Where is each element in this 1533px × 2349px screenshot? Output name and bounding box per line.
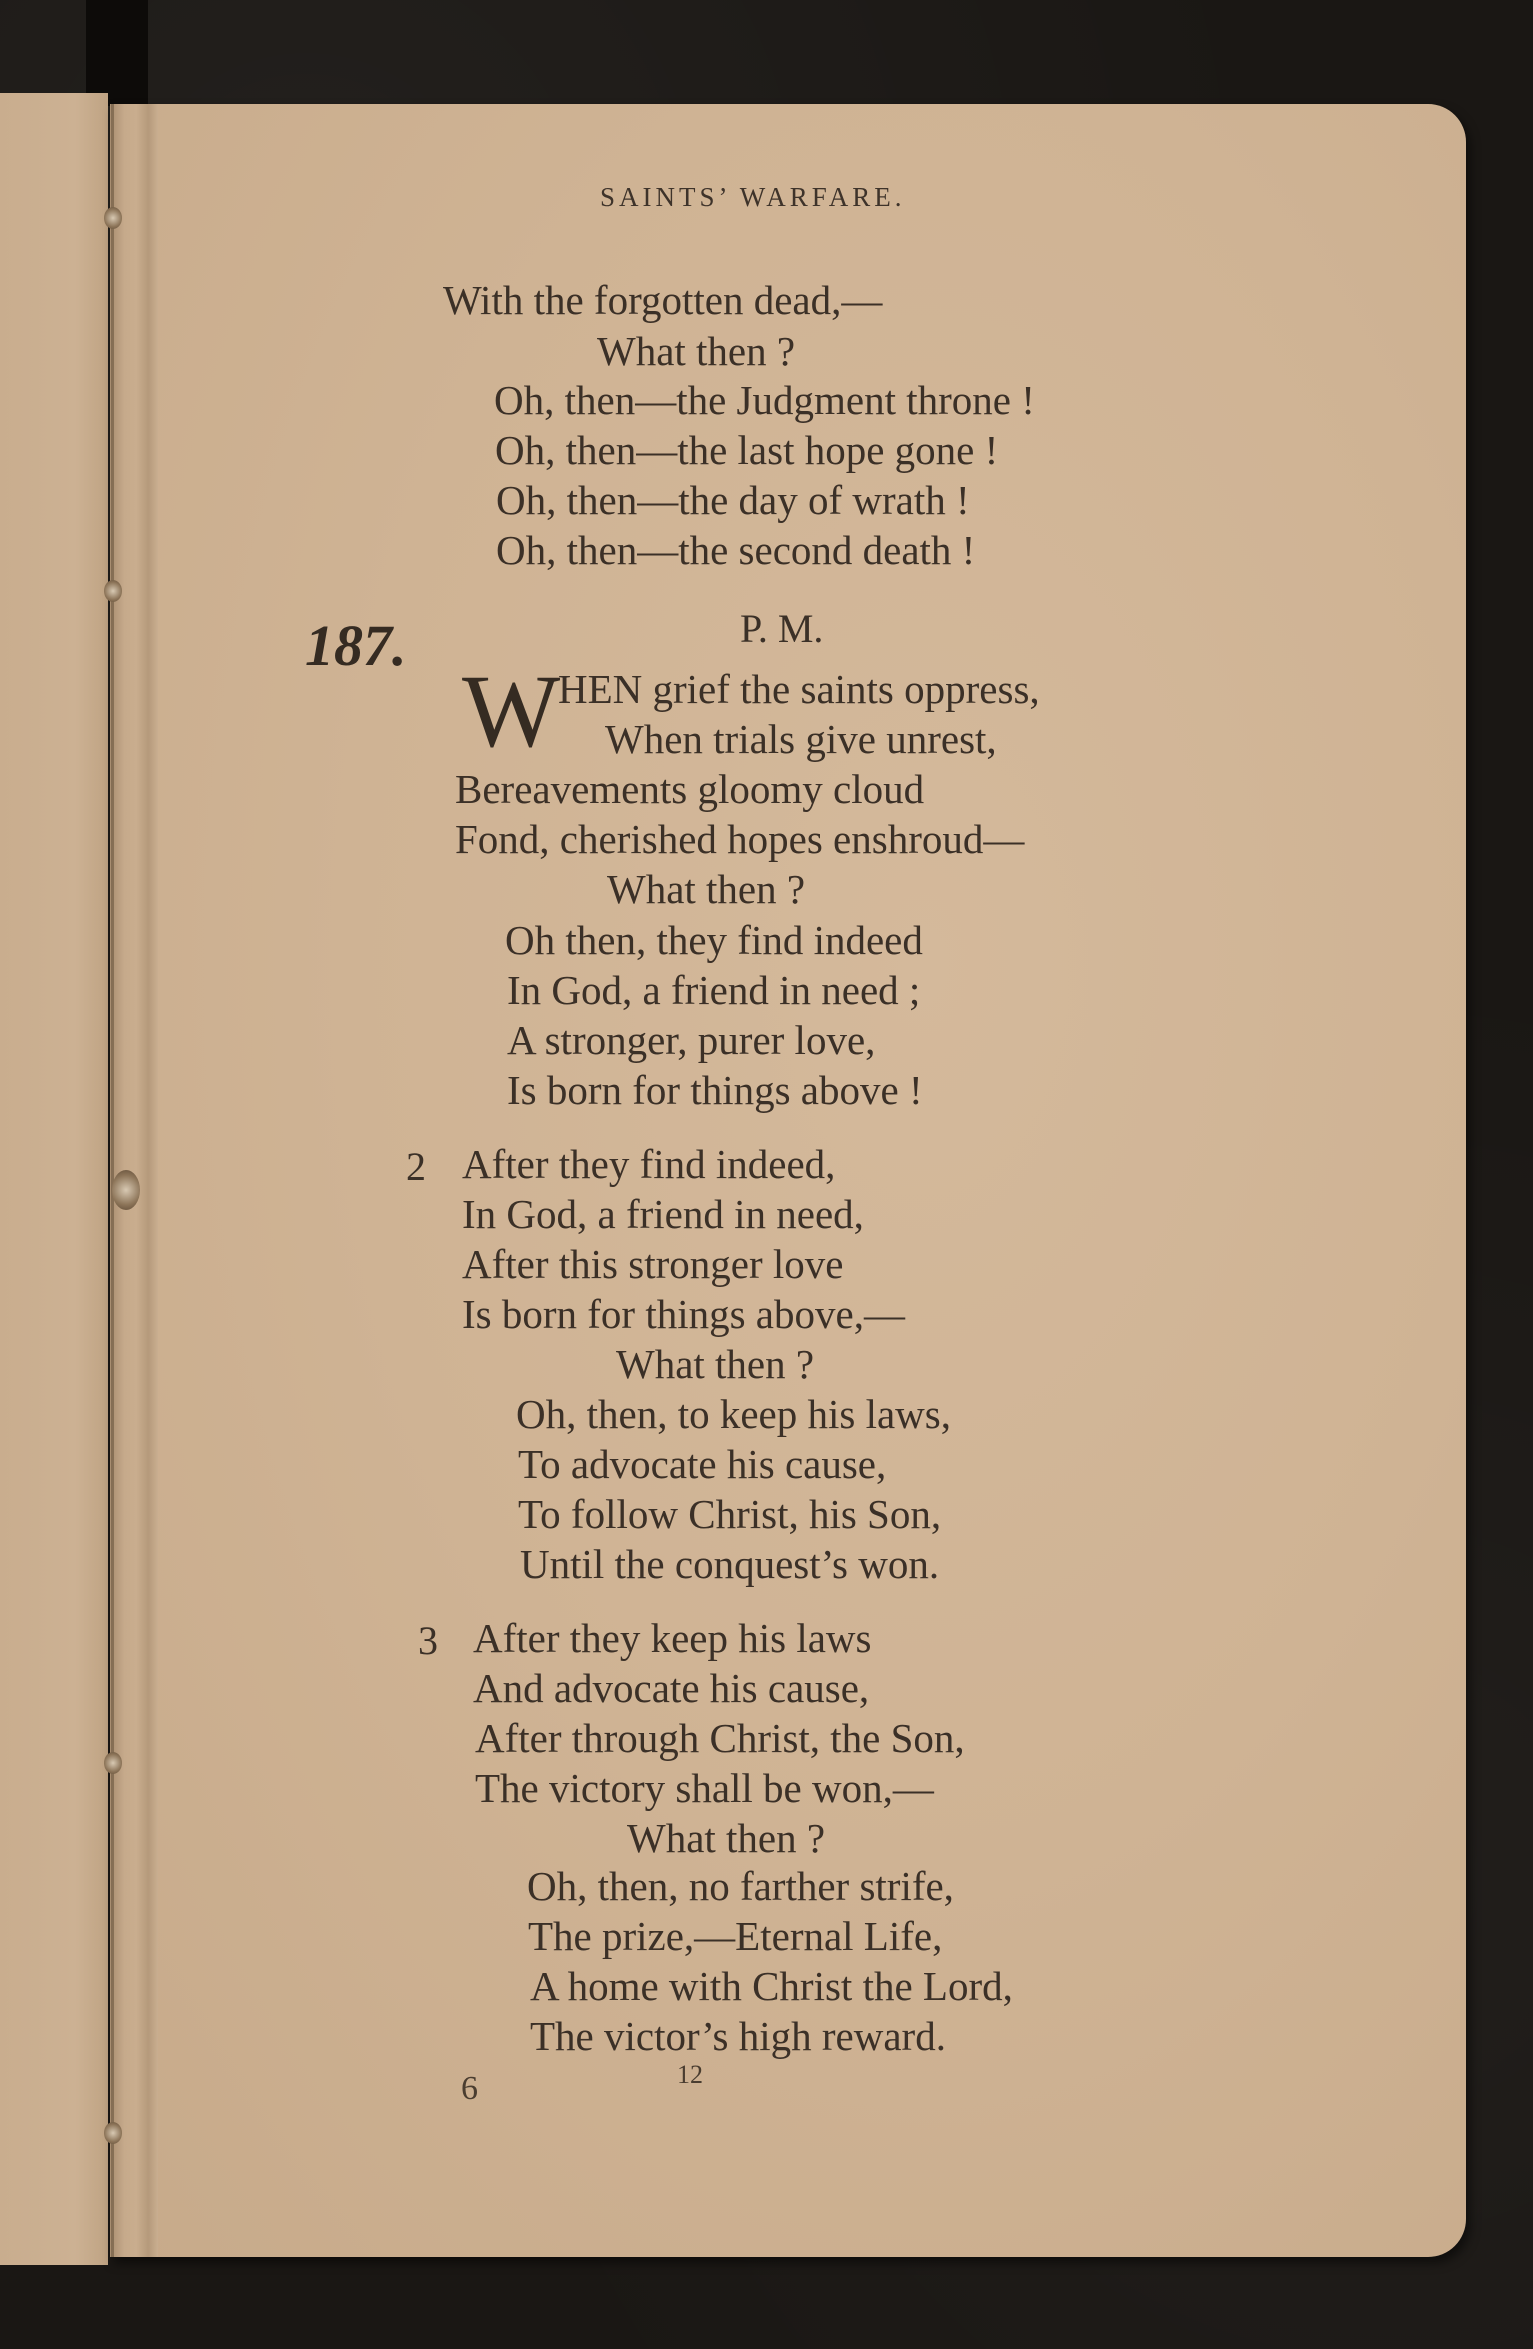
verse-2-line: To follow Christ, his Son, [518,1490,941,1538]
verse-1-line: Oh then, they find indeed [505,916,923,964]
verse-1-line: What then ? [607,865,805,913]
signature-mark-center: 12 [677,2060,703,2090]
verse-2-line: Until the conquest’s won. [520,1540,939,1588]
verse-1-line: Is born for things above ! [507,1066,923,1114]
continuation-line: With the forgotten dead,— [443,276,882,324]
verse-2-line: What then ? [616,1340,814,1388]
continuation-line: Oh, then—the day of wrath ! [496,476,970,524]
page-text: SAINTS’ WARFARE. With the forgotten dead… [0,0,1533,2349]
drop-cap: W [462,660,560,764]
verse-2-line: After they find indeed, [462,1140,835,1188]
verse-3-line: The prize,—Eternal Life, [528,1912,942,1960]
verse-1-line: In God, a friend in need ; [507,966,920,1014]
verse-2-line: Oh, then, to keep his laws, [516,1390,951,1438]
continuation-line: Oh, then—the second death ! [496,526,975,574]
verse-3-line: The victor’s high reward. [530,2012,946,2060]
hymn-number: 187. [305,612,407,679]
verse-3-line: After they keep his laws [473,1614,872,1662]
verse-3-line: What then ? [627,1814,825,1862]
verse-3-line: After through Christ, the Son, [475,1714,965,1762]
continuation-line: Oh, then—the Judgment throne ! [494,376,1035,424]
verse-3-line: Oh, then, no farther strife, [527,1862,954,1910]
verse-2-line: Is born for things above,— [462,1290,905,1338]
verse-3-line: The victory shall be won,— [475,1764,934,1812]
verse-2-line: After this stronger love [462,1240,843,1288]
continuation-line: What then ? [597,327,795,375]
verse-1-line: A stronger, purer love, [507,1016,875,1064]
verse-1-line: When trials give unrest, [605,715,997,763]
verse-1-line: HEN grief the saints oppress, [558,665,1040,713]
running-head: SAINTS’ WARFARE. [600,182,906,213]
verse-3-line: A home with Christ the Lord, [530,1962,1013,2010]
verse-2-line: In God, a friend in need, [462,1190,864,1238]
verse-3-line: And advocate his cause, [473,1664,869,1712]
verse-2-line: To advocate his cause, [518,1440,886,1488]
signature-mark-left: 6 [461,2070,478,2108]
verse-1-line: Fond, cherished hopes enshroud— [455,815,1024,863]
continuation-line: Oh, then—the last hope gone ! [495,426,998,474]
hymn-meter: P. M. [740,605,823,652]
verse-number: 3 [418,1617,438,1664]
verse-1-line: Bereavements gloomy cloud [455,765,924,813]
verse-number: 2 [406,1143,426,1190]
